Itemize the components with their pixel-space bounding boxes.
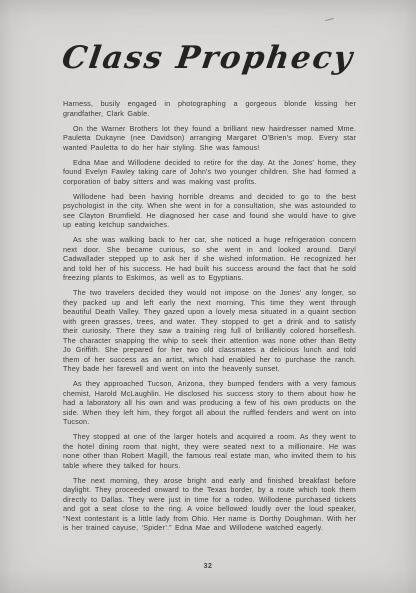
scan-speck [325,18,334,21]
paragraph: Edna Mae and Willodene decided to retire… [63,158,356,187]
page-number: 32 [0,563,416,570]
paragraph: Willodene had been having horrible dream… [63,192,356,230]
page-title: Class Prophecy [0,40,416,76]
prophecy-text-block: Harness, busily engaged in photographing… [63,99,356,559]
paragraph: Harness, busily engaged in photographing… [63,99,356,118]
paragraph: They stopped at one of the larger hotels… [63,432,356,470]
paragraph: As she was walking back to her car, she … [63,235,356,283]
paragraph: The next morning, they arose bright and … [63,476,356,533]
yearbook-page: Class Prophecy Harness, busily engaged i… [0,0,416,593]
paragraph: As they approached Tucson, Arizona, they… [63,379,356,427]
paragraph: The two travelers decided they would not… [63,288,356,374]
paragraph: On the Warner Brothers lot they found a … [63,124,356,153]
